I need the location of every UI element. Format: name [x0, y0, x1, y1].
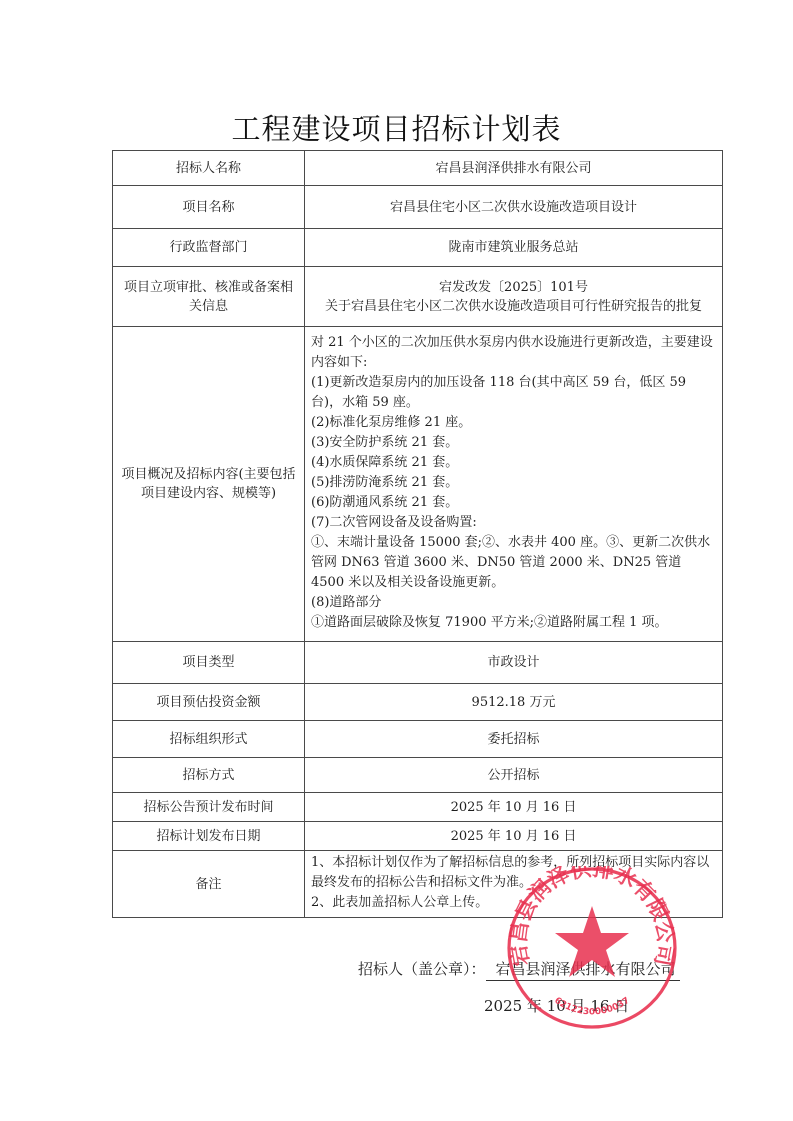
overview-line: ①、末端计量设备 15000 套;②、水表井 400 座。③、更新二次供水管网 … — [311, 533, 718, 593]
table-row: 招标计划发布日期 2025 年 10 月 16 日 — [113, 822, 723, 851]
row-label-approval-info: 项目立项审批、核准或备案相关信息 — [113, 267, 305, 327]
row-label-project-overview: 项目概况及招标内容(主要包括项目建设内容、规模等) — [113, 327, 305, 642]
row-label-announcement-time: 招标公告预计发布时间 — [113, 793, 305, 822]
signature-date: 2025 年 10 月 16 日 — [484, 995, 629, 1016]
overview-line: (6)防潮通风系统 21 套。 — [311, 493, 718, 513]
overview-line: (5)排涝防淹系统 21 套。 — [311, 473, 718, 493]
bidding-plan-table: 招标人名称 宕昌县润泽供排水有限公司 项目名称 宕昌县住宅小区二次供水设施改造项… — [112, 150, 723, 918]
table-row: 招标方式 公开招标 — [113, 758, 723, 793]
row-label-investment: 项目预估投资金额 — [113, 684, 305, 721]
row-value-tenderer: 宕昌县润泽供排水有限公司 — [305, 151, 723, 186]
row-value-announcement-time: 2025 年 10 月 16 日 — [305, 793, 723, 822]
overview-line: (8)道路部分 — [311, 593, 718, 613]
row-label-project-name: 项目名称 — [113, 186, 305, 229]
row-label-organization-form: 招标组织形式 — [113, 721, 305, 758]
row-label-plan-date: 招标计划发布日期 — [113, 822, 305, 851]
table-row: 招标组织形式 委托招标 — [113, 721, 723, 758]
overview-line: 对 21 个小区的二次加压供水泵房内供水设施进行更新改造，主要建设内容如下: — [311, 333, 718, 373]
approval-doc-number: 宕发改发〔2025〕101号 — [311, 278, 716, 297]
table-row: 招标公告预计发布时间 2025 年 10 月 16 日 — [113, 793, 723, 822]
table-row: 行政监督部门 陇南市建筑业服务总站 — [113, 229, 723, 267]
overview-line: (3)安全防护系统 21 套。 — [311, 433, 718, 453]
row-value-investment: 9512.18 万元 — [305, 684, 723, 721]
signature-line: 招标人（盖公章）：宕昌县润泽供排水有限公司 — [358, 958, 680, 981]
row-value-organization-form: 委托招标 — [305, 721, 723, 758]
row-label-tenderer: 招标人名称 — [113, 151, 305, 186]
row-value-project-overview: 对 21 个小区的二次加压供水泵房内供水设施进行更新改造，主要建设内容如下: (… — [305, 327, 723, 642]
table-row: 项目立项审批、核准或备案相关信息 宕发改发〔2025〕101号 关于宕昌县住宅小… — [113, 267, 723, 327]
remark-line: 2、此表加盖招标人公章上传。 — [311, 893, 718, 913]
row-label-project-type: 项目类型 — [113, 642, 305, 684]
table-row: 招标人名称 宕昌县润泽供排水有限公司 — [113, 151, 723, 186]
row-value-approval-info: 宕发改发〔2025〕101号 关于宕昌县住宅小区二次供水设施改造项目可行性研究报… — [305, 267, 723, 327]
overview-line: (2)标准化泵房维修 21 座。 — [311, 413, 718, 433]
table-row: 项目预估投资金额 9512.18 万元 — [113, 684, 723, 721]
table-row: 项目名称 宕昌县住宅小区二次供水设施改造项目设计 — [113, 186, 723, 229]
overview-line: (1)更新改造泵房内的加压设备 118 台(其中高区 59 台，低区 59 台)… — [311, 373, 718, 413]
row-value-supervision-dept: 陇南市建筑业服务总站 — [305, 229, 723, 267]
table-row: 项目概况及招标内容(主要包括项目建设内容、规模等) 对 21 个小区的二次加压供… — [113, 327, 723, 642]
signature-label: 招标人（盖公章）： — [358, 960, 486, 978]
signature-company: 宕昌县润泽供排水有限公司 — [486, 958, 680, 981]
row-value-project-type: 市政设计 — [305, 642, 723, 684]
remark-line: 1、本招标计划仅作为了解招标信息的参考，所列招标项目实际内容以最终发布的招标公告… — [311, 853, 718, 893]
row-label-remarks: 备注 — [113, 851, 305, 918]
overview-line: ①道路面层破除及恢复 71900 平方米;②道路附属工程 1 项。 — [311, 613, 718, 633]
row-value-plan-date: 2025 年 10 月 16 日 — [305, 822, 723, 851]
row-value-project-name: 宕昌县住宅小区二次供水设施改造项目设计 — [305, 186, 723, 229]
overview-line: (7)二次管网设备及设备购置: — [311, 513, 718, 533]
row-value-bidding-method: 公开招标 — [305, 758, 723, 793]
row-label-supervision-dept: 行政监督部门 — [113, 229, 305, 267]
table-row: 备注 1、本招标计划仅作为了解招标信息的参考，所列招标项目实际内容以最终发布的招… — [113, 851, 723, 918]
overview-line: (4)水质保障系统 21 套。 — [311, 453, 718, 473]
row-label-bidding-method: 招标方式 — [113, 758, 305, 793]
approval-doc-title: 关于宕昌县住宅小区二次供水设施改造项目可行性研究报告的批复 — [311, 297, 716, 316]
page-title: 工程建设项目招标计划表 — [0, 107, 793, 148]
row-value-remarks: 1、本招标计划仅作为了解招标信息的参考，所列招标项目实际内容以最终发布的招标公告… — [305, 851, 723, 918]
table-row: 项目类型 市政设计 — [113, 642, 723, 684]
